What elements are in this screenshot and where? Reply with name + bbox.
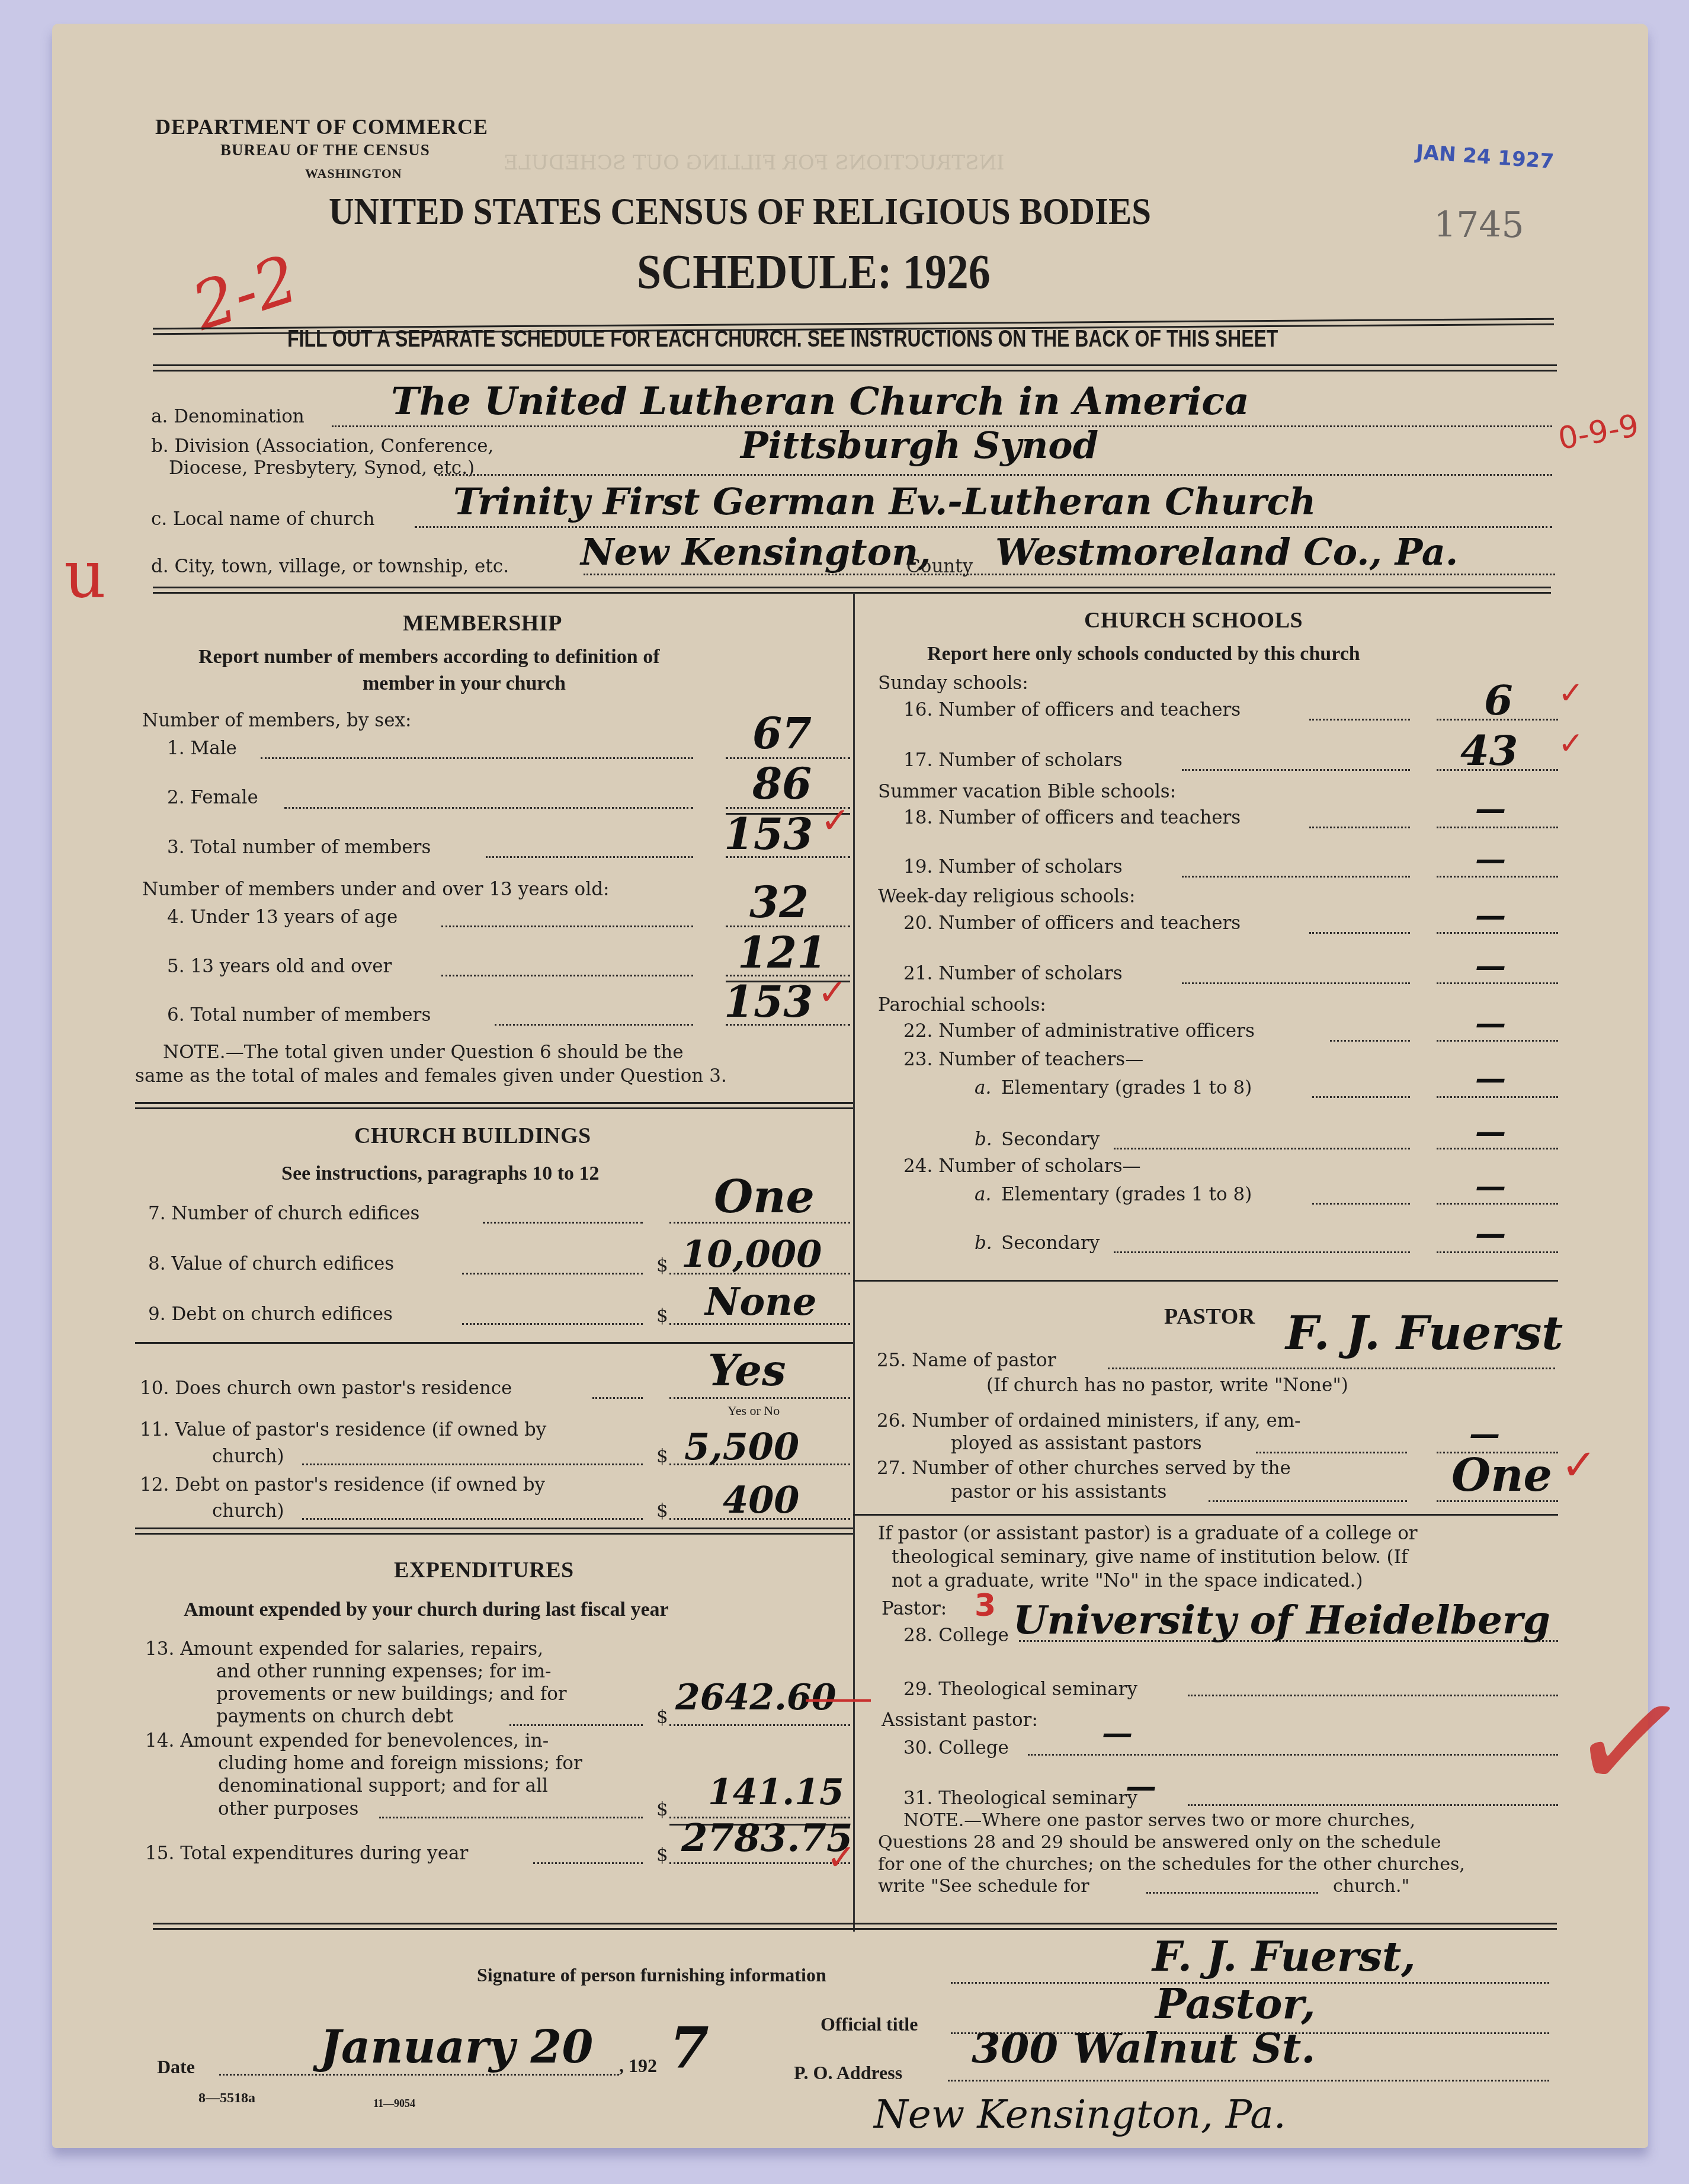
school-row-label: 18. Number of officers and teachers <box>903 807 1241 828</box>
year-prefix: , 192 <box>619 2055 657 2077</box>
year-value[interactable]: 7 <box>669 2015 709 2081</box>
member-row-label: 5. 13 years old and over <box>167 956 392 977</box>
expense-14-label: 14. Amount expended for benevolences, in… <box>145 1730 549 1751</box>
asst-seminary-label: 31. Theological seminary <box>903 1788 1137 1809</box>
scholars-elementary-value[interactable]: — <box>1475 1168 1506 1205</box>
summer-scholars-value[interactable]: — <box>1475 841 1506 878</box>
membership-note-line2: same as the total of males and females g… <box>135 1065 727 1087</box>
school-row-label: Elementary (grades 1 to 8) <box>1001 1077 1252 1099</box>
school-group-label: Parochial schools: <box>878 994 1046 1016</box>
building-row-label: 11. Value of pastor's residence (if owne… <box>140 1419 546 1440</box>
dot-leader <box>441 975 693 976</box>
pastor-education-label: Pastor: <box>882 1598 947 1619</box>
dollar-sign: $ <box>656 1706 668 1728</box>
dot-leader <box>379 1817 643 1818</box>
total-members-6-value[interactable]: 153 <box>724 976 813 1027</box>
dot-leader <box>441 926 693 927</box>
asst-seminary-value[interactable]: — <box>1126 1769 1156 1805</box>
parochial-admin-value[interactable]: — <box>1475 1005 1506 1042</box>
seminary-line <box>1188 1695 1558 1696</box>
dot-leader <box>1309 827 1410 828</box>
division-value[interactable]: Pittsburgh Synod <box>741 424 1098 467</box>
pastor-name-label: 25. Name of pastor <box>877 1350 1056 1371</box>
red-check-icon: ✓ <box>818 972 847 1013</box>
teachers-secondary-value[interactable]: — <box>1475 1114 1506 1150</box>
address-value-line2[interactable]: New Kensington, Pa. <box>874 2092 1286 2137</box>
dot-leader <box>495 1024 693 1026</box>
dot-leader <box>483 1222 643 1224</box>
dollar-sign: $ <box>656 1255 668 1276</box>
pastor-note-line2: Questions 28 and 29 should be answered o… <box>878 1832 1441 1853</box>
official-title-value[interactable]: Pastor, <box>1155 1979 1316 2028</box>
po-address-label: P. O. Address <box>794 2062 902 2084</box>
instructions-banner: FILL OUT A SEPARATE SCHEDULE FOR EACH CH… <box>287 326 1278 353</box>
expenditures-title: EXPENDITURES <box>394 1557 574 1583</box>
red-annotation-u: u <box>64 536 106 612</box>
pastor-row-label: 27. Number of other churches served by t… <box>877 1458 1291 1479</box>
by-age-label: Number of members under and over 13 year… <box>142 879 609 900</box>
serial-number: 1745 <box>1434 204 1524 246</box>
pastor-title: PASTOR <box>1164 1304 1255 1330</box>
dollar-sign: $ <box>656 1844 668 1866</box>
residence-debt-value[interactable]: 400 <box>723 1478 799 1522</box>
pastor-note-line1: NOTE.—Where one pastor serves two or mor… <box>903 1810 1415 1831</box>
membership-subtitle-line1: Report number of members according to de… <box>198 646 659 668</box>
expense-15-label: 15. Total expenditures during year <box>145 1843 468 1864</box>
local-name-label: c. Local name of church <box>151 508 374 530</box>
dot-leader <box>1182 769 1410 771</box>
school-row-label: 23. Number of teachers— <box>903 1049 1143 1070</box>
dot-leader <box>261 757 693 759</box>
county-value[interactable]: Westmoreland Co., Pa. <box>995 530 1458 574</box>
edifices-count-value[interactable]: One <box>714 1170 815 1223</box>
asst-college-line <box>1028 1754 1558 1756</box>
assistant-education-label: Assistant pastor: <box>882 1709 1038 1731</box>
form-code: 8—5518a <box>198 2090 255 2106</box>
church-schools-subtitle: Report here only schools conducted by th… <box>927 643 1360 665</box>
sunday-teachers-value[interactable]: 6 <box>1484 675 1513 725</box>
schools-bottom-rule <box>853 1280 1558 1282</box>
dot-leader <box>462 1323 643 1325</box>
denomination-value[interactable]: The United Lutheran Church in America <box>391 379 1249 424</box>
running-expenses-value[interactable]: 2642.60 <box>675 1677 836 1718</box>
school-sub-letter: a. <box>975 1077 991 1099</box>
school-row-label: 20. Number of officers and teachers <box>903 912 1241 934</box>
school-row-label: Secondary <box>1001 1129 1100 1150</box>
dot-leader <box>1114 1148 1410 1149</box>
red-check-icon: ✓ <box>826 1837 856 1878</box>
division-label-line2: Diocese, Presbytery, Synod, etc.) <box>169 457 475 479</box>
expense-13-label: 13. Amount expended for salaries, repair… <box>145 1638 543 1660</box>
church-schools-title: CHURCH SCHOOLS <box>1084 607 1303 633</box>
by-sex-label: Number of members, by sex: <box>142 710 412 731</box>
school-sub-letter: b. <box>975 1129 992 1150</box>
school-sub-letter: a. <box>975 1184 991 1205</box>
official-title-label: Official title <box>821 2013 918 2035</box>
red-large-check-icon: ✓ <box>1559 1651 1689 1832</box>
benevolences-value[interactable]: 141.15 <box>708 1772 844 1813</box>
address-value-line1[interactable]: 300 Walnut St. <box>972 2023 1316 2073</box>
pastor-note-line4-end: church." <box>1333 1876 1409 1897</box>
dollar-sign: $ <box>656 1305 668 1327</box>
teachers-elementary-value[interactable]: — <box>1475 1061 1506 1097</box>
dot-leader <box>592 1397 643 1399</box>
footer-top-rule <box>153 1923 1557 1930</box>
over-13-value[interactable]: 121 <box>738 927 826 978</box>
city-field-line <box>584 574 1555 575</box>
membership-bottom-rule <box>135 1102 853 1109</box>
dollar-sign: $ <box>656 1446 668 1467</box>
bureau-label: BUREAU OF THE CENSUS <box>220 141 430 159</box>
county-label: County <box>906 556 973 577</box>
member-row-label: 6. Total number of members <box>167 1004 431 1026</box>
education-intro-line3: not a graduate, write "No" in the space … <box>892 1570 1363 1591</box>
form-title: UNITED STATES CENSUS OF RELIGIOUS BODIES <box>329 190 1151 233</box>
city-value[interactable]: New Kensington, <box>581 530 931 574</box>
buildings-mid-rule <box>135 1342 853 1344</box>
scholars-secondary-value[interactable]: — <box>1475 1216 1506 1252</box>
dot-leader <box>1209 1500 1407 1502</box>
red-check-icon: ✓ <box>821 800 850 841</box>
buildings-bottom-rule <box>135 1527 853 1535</box>
school-row-label: 22. Number of administrative officers <box>903 1020 1255 1042</box>
print-code: 11—9054 <box>373 2097 415 2110</box>
dot-leader <box>1182 982 1410 984</box>
dot-leader <box>302 1464 643 1465</box>
school-row-label: 17. Number of scholars <box>903 750 1123 771</box>
weekday-scholars-value[interactable]: — <box>1475 948 1506 984</box>
pastor-name-line <box>1108 1368 1555 1369</box>
schedule-title: SCHEDULE: 1926 <box>637 244 991 300</box>
summer-teachers-value[interactable]: — <box>1475 791 1506 827</box>
building-row-label-cont: church) <box>212 1446 284 1467</box>
red-strike <box>806 1699 871 1702</box>
dot-leader <box>1309 932 1410 934</box>
show-through-heading: INSTRUCTIONS FOR FILLING OUT SCHEDULE <box>504 151 1005 175</box>
red-check-icon: ✓ <box>1558 675 1584 711</box>
sunday-scholars-value[interactable]: 43 <box>1460 726 1518 775</box>
department-label: DEPARTMENT OF COMMERCE <box>155 114 488 139</box>
dot-leader <box>1114 1251 1410 1253</box>
expense-14-label-cont: cluding home and foreign missions; for <box>218 1753 582 1774</box>
date-label: Date <box>157 2056 195 2078</box>
pastor-name-hint: (If church has no pastor, write "None") <box>986 1375 1348 1396</box>
signature-label: Signature of person furnishing informati… <box>477 1964 826 1986</box>
building-row-label: 7. Number of church edifices <box>148 1203 419 1224</box>
pastor-row-label-cont: pastor or his assistants <box>951 1481 1166 1503</box>
dot-leader <box>533 1862 643 1864</box>
column-divider <box>853 593 855 1932</box>
asst-college-label: 30. College <box>903 1737 1009 1759</box>
date-line <box>219 2074 619 2076</box>
membership-note-line1: NOTE.—The total given under Question 6 s… <box>163 1042 684 1063</box>
answer-line <box>669 1724 850 1726</box>
red-annotation-3: 3 <box>975 1588 996 1623</box>
local-name-value[interactable]: Trinity First German Ev.-Lutheran Church <box>453 480 1316 523</box>
weekday-teachers-value[interactable]: — <box>1475 898 1506 934</box>
yes-or-no-hint: Yes or No <box>727 1403 780 1418</box>
school-row-label: Elementary (grades 1 to 8) <box>1001 1184 1252 1205</box>
female-count-value[interactable]: 86 <box>752 758 812 809</box>
school-row-label: Secondary <box>1001 1232 1100 1254</box>
pastor-note-line4: write "See schedule for <box>878 1876 1089 1897</box>
education-intro-line1: If pastor (or assistant pastor) is a gra… <box>878 1523 1418 1544</box>
school-group-label: Summer vacation Bible schools: <box>878 781 1176 802</box>
expenditures-subtitle: Amount expended by your church during la… <box>184 1599 669 1621</box>
dot-leader <box>1330 1040 1410 1042</box>
identity-bottom-rule <box>153 587 1551 594</box>
dot-leader <box>486 856 693 858</box>
edifices-value[interactable]: 10,000 <box>681 1232 822 1276</box>
date-value[interactable]: January 20 <box>320 2020 593 2073</box>
school-row-label: 16. Number of officers and teachers <box>903 699 1241 720</box>
denomination-label: a. Denomination <box>151 406 305 427</box>
owns-residence-value[interactable]: Yes <box>708 1345 786 1395</box>
member-row-label: 2. Female <box>167 787 258 808</box>
building-row-label-cont: church) <box>212 1500 284 1522</box>
dot-leader <box>1312 1096 1410 1098</box>
dot-leader <box>509 1724 643 1726</box>
expense-13-label-cont: and other running expenses; for im- <box>216 1661 552 1682</box>
assistant-ministers-value[interactable]: — <box>1469 1416 1500 1452</box>
signature-value[interactable]: F. J. Fuerst, <box>1152 1932 1416 1981</box>
dot-leader <box>1309 719 1410 720</box>
member-row-label: 4. Under 13 years of age <box>167 907 398 928</box>
school-row-label: 19. Number of scholars <box>903 856 1123 878</box>
city-label: d. City, town, village, or township, etc… <box>151 556 509 577</box>
pastor-mid-rule <box>853 1514 1558 1516</box>
school-sub-letter: b. <box>975 1232 992 1254</box>
dollar-sign: $ <box>656 1799 668 1820</box>
school-row-label: 24. Number of scholars— <box>903 1155 1141 1177</box>
dot-leader <box>1256 1452 1407 1453</box>
church-buildings-subtitle: See instructions, paragraphs 10 to 12 <box>281 1163 599 1185</box>
building-row-label: 8. Value of church edifices <box>148 1253 394 1274</box>
answer-line <box>669 1397 850 1399</box>
red-check-icon: ✓ <box>1558 726 1584 761</box>
member-row-label: 3. Total number of members <box>167 837 431 858</box>
answer-line <box>669 1862 850 1864</box>
expense-13-label-cont: provements or new buildings; and for <box>216 1683 567 1705</box>
dot-leader <box>284 807 693 809</box>
building-row-label: 9. Debt on church edifices <box>148 1304 393 1325</box>
banner-bottom-rule <box>153 364 1557 372</box>
residence-value[interactable]: 5,500 <box>684 1425 799 1468</box>
under-13-value[interactable]: 32 <box>749 877 809 927</box>
city-label: WASHINGTON <box>305 166 402 181</box>
male-count-value[interactable]: 67 <box>752 708 812 758</box>
dot-leader <box>1312 1203 1410 1205</box>
church-buildings-title: CHURCH BUILDINGS <box>354 1123 591 1149</box>
division-label-line1: b. Division (Association, Conference, <box>151 435 493 457</box>
see-schedule-line <box>1146 1892 1318 1894</box>
asst-seminary-line <box>1188 1804 1558 1806</box>
division-field-line <box>438 474 1552 476</box>
member-row-label: 1. Male <box>167 738 237 759</box>
dot-leader <box>302 1518 643 1520</box>
dollar-sign: $ <box>656 1500 668 1522</box>
school-row-label: 21. Number of scholars <box>903 963 1123 984</box>
college-label: 28. College <box>903 1625 1009 1646</box>
asst-college-value[interactable]: — <box>1102 1715 1133 1751</box>
college-value[interactable]: University of Heidelberg <box>1013 1597 1550 1643</box>
membership-subtitle-line2: member in your church <box>363 673 566 695</box>
dot-leader <box>1182 876 1410 878</box>
total-members-value[interactable]: 153 <box>724 809 813 859</box>
education-intro-line2: theological seminary, give name of insti… <box>892 1546 1408 1568</box>
pastor-name-value[interactable]: F. J. Fuerst <box>1286 1306 1563 1360</box>
school-group-label: Sunday schools: <box>878 673 1028 694</box>
seminary-label: 29. Theological seminary <box>903 1679 1137 1700</box>
address-line <box>948 2080 1549 2081</box>
expense-14-label-cont: denominational support; and for all <box>218 1775 548 1796</box>
other-churches-value[interactable]: One <box>1451 1449 1552 1501</box>
school-group-label: Week-day religious schools: <box>878 886 1135 907</box>
edifices-debt-value[interactable]: None <box>705 1280 816 1324</box>
pastor-row-label-cont: ployed as assistant pastors <box>951 1433 1202 1454</box>
expense-14-label-cont: other purposes <box>218 1798 358 1820</box>
dot-leader <box>462 1273 643 1274</box>
building-row-label: 12. Debt on pastor's residence (if owned… <box>140 1474 545 1496</box>
expense-13-label-cont: payments on church debt <box>216 1706 453 1727</box>
red-check-icon: ✓ <box>1561 1440 1597 1490</box>
pastor-row-label: 26. Number of ordained ministers, if any… <box>877 1410 1301 1432</box>
building-row-label: 10. Does church own pastor's residence <box>140 1378 512 1399</box>
local-name-field-line <box>415 526 1552 528</box>
membership-title: MEMBERSHIP <box>403 610 562 636</box>
pastor-note-line3: for one of the churches; on the schedule… <box>878 1854 1465 1875</box>
